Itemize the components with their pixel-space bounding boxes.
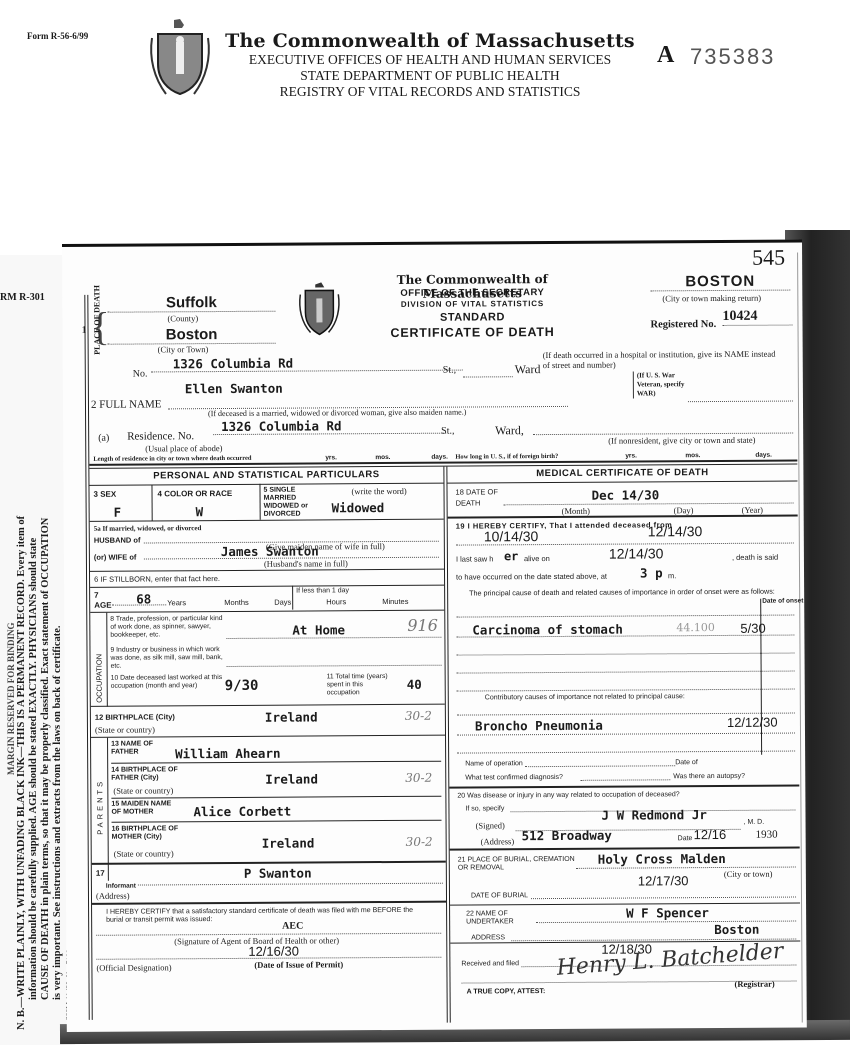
specify-label: If so, specify	[465, 805, 504, 812]
father-bp-value: Ireland	[265, 771, 318, 786]
burial-date-line	[531, 897, 796, 900]
registered-number: 10424	[722, 309, 792, 326]
burial-label: 21 PLACE OF BURIAL, CREMATION OR REMOVAL	[458, 856, 578, 873]
burial-date-value: 12/17/30	[638, 873, 689, 888]
father-value: William Ahearn	[175, 746, 280, 762]
birthplace-value: Ireland	[265, 709, 318, 724]
dated-year: 1930	[756, 829, 778, 841]
last-worked-label: 10 Date deceased last worked at this occ…	[111, 674, 229, 691]
time-m-label: m.	[668, 571, 676, 580]
burial-place-value: Holy Cross Malden	[598, 851, 726, 867]
total-time-value: 40	[407, 677, 422, 692]
mother-bp-label: 16 BIRTHPLACE OF MOTHER (City)	[112, 825, 192, 841]
day-caption: (Day)	[674, 505, 694, 515]
death-certificate: 545 1 { PLACE OF DEATH Suffolk (County) …	[62, 239, 807, 1032]
informant-line	[138, 883, 443, 886]
hours-label: Hours	[326, 597, 346, 606]
test-label: What test confirmed diagnosis?	[465, 774, 563, 782]
certificate-seal-icon	[297, 280, 341, 336]
mother-bp-value: Ireland	[262, 835, 315, 850]
trade-code: 916	[407, 616, 438, 635]
form-number: Form R-56-6/99	[27, 31, 88, 41]
age-label: 7 AGE	[94, 591, 114, 611]
header-title: The Commonwealth of Massachusetts	[210, 30, 650, 52]
principal-cause-label: The principal cause of death and related…	[469, 587, 794, 599]
principal-onset-value: 5/30	[740, 621, 765, 636]
full-name-line	[168, 394, 568, 409]
date-of-onset-header: Date of onset	[762, 597, 803, 604]
marital-label: 5 SINGLE MARRIED WIDOWED or DIVORCED	[263, 486, 327, 518]
trade-label: 8 Trade, profession, or particular kind …	[110, 615, 225, 640]
us-yrs: yrs.	[625, 452, 637, 459]
hospital-note: (If death occurred in a hospital or inst…	[543, 349, 783, 370]
cause-line-5	[457, 689, 795, 692]
standard-label: STANDARD	[347, 311, 597, 325]
agent-initials: AEC	[282, 921, 303, 932]
occupation-vertical-label: OCCUPATION	[95, 654, 104, 703]
serial-letter: A	[657, 42, 674, 69]
month-caption: (Month)	[562, 506, 590, 516]
residence-st-label: St.,	[441, 426, 454, 437]
undertaker-label: 22 NAME OF UNDERTAKER	[466, 910, 531, 926]
certificate-of-death-title: CERTIFICATE OF DEATH	[348, 325, 598, 341]
county-value: Suffolk	[107, 294, 275, 313]
mother-bp-caption: (State or country)	[114, 848, 174, 858]
less-day-label: If less than 1 day	[296, 587, 349, 594]
alive-on-label: alive on	[524, 554, 550, 563]
race-label: 4 COLOR OR RACE	[158, 489, 233, 498]
operation-label: Name of operation	[465, 760, 523, 767]
cause-line-3	[457, 653, 795, 656]
margin-form-code: RM R-301	[0, 292, 45, 303]
received-label: Received and filed	[461, 960, 519, 967]
city-value: Boston	[108, 326, 276, 345]
md-label: , M. D.	[744, 819, 765, 826]
industry-label: 9 Industry or business in which work was…	[110, 646, 228, 671]
residence-label: Residence. No.	[127, 430, 194, 442]
wife-caption: (Husband's name in full)	[264, 558, 348, 569]
minutes-label: Minutes	[382, 597, 408, 606]
registrar-signature: Henry L. Batchelder	[556, 939, 784, 981]
time-of-death: 3 p	[640, 565, 663, 580]
undertaker-address: Boston	[714, 922, 759, 937]
length-residence-label: Length of residence in city or town wher…	[93, 455, 251, 463]
place-ward-field[interactable]	[463, 366, 513, 377]
city-making-return: BOSTON	[650, 273, 790, 292]
test-field[interactable]	[580, 779, 670, 781]
contributory-onset-value: 12/12/30	[727, 715, 778, 730]
city-caption: (City or Town)	[158, 344, 209, 354]
death-said-label: , death is said	[732, 553, 778, 562]
residence-caption: (Usual place of abode)	[145, 443, 222, 453]
full-name-value: Ellen Swanton	[185, 381, 283, 397]
full-name-label: 2 FULL NAME	[91, 398, 162, 410]
medical-section-title: MEDICAL CERTIFICATE OF DEATH	[447, 467, 797, 480]
father-bp-caption: (State or country)	[113, 785, 173, 795]
cause-line-1	[456, 615, 794, 618]
industry-line[interactable]	[227, 665, 442, 667]
margin-note-2: information should be carefully supplied…	[28, 538, 39, 1000]
last-saw-suffix: er	[504, 549, 519, 563]
father-bp-label: 14 BIRTHPLACE OF FATHER (City)	[111, 766, 191, 782]
contributory-label: Contributory causes of importance not re…	[485, 693, 685, 701]
county-caption: (County)	[167, 313, 198, 323]
informant-item: 17	[96, 869, 105, 878]
autopsy-label: Was there an autopsy?	[673, 773, 745, 780]
mother-label: 15 MAIDEN NAME OF MOTHER	[111, 800, 181, 816]
permit-date-caption: (Date of Issue of Permit)	[254, 959, 343, 970]
us-mos: mos.	[685, 452, 700, 459]
stillborn-label: 6 IF STILLBORN, enter that fact here.	[94, 574, 220, 584]
principal-cause-code: 44.100	[676, 621, 715, 634]
trade-line	[226, 637, 441, 639]
dated-value: 12/16	[694, 827, 727, 842]
physician-address: 512 Broadway	[522, 828, 612, 844]
place-st-label: St.,	[443, 365, 456, 376]
last-worked-value: 9/30	[225, 678, 259, 694]
header-line-1: EXECUTIVE OFFICES OF HEALTH AND HUMAN SE…	[210, 52, 650, 67]
cause-line-4	[457, 671, 795, 674]
physician-name: J W Redmond Jr	[601, 807, 706, 823]
date-of-death-label: 18 DATE OF DEATH	[455, 486, 505, 508]
years-label: Years	[167, 598, 186, 607]
sex-label: 3 SEX	[94, 490, 117, 499]
occurred-at-label: to have occurred on the date stated abov…	[456, 572, 607, 582]
operation-date-label: Date of	[675, 759, 698, 766]
attended-from-value: 10/14/30	[484, 528, 539, 544]
residence-ward-field[interactable]	[533, 425, 793, 436]
informant-caption: (Address)	[96, 891, 130, 901]
mother-value: Alice Corbett	[193, 804, 291, 820]
place-ward-label: Ward	[515, 362, 541, 377]
mother-bp-code: 30-2	[406, 835, 433, 849]
signed-label: (Signed)	[476, 820, 505, 830]
veteran-note: (If U. S. War Veteran, specify WAR)	[633, 371, 687, 398]
months-label: Months	[224, 598, 249, 607]
race-value: W	[196, 504, 204, 519]
father-label: 13 NAME OF FATHER	[111, 740, 166, 756]
us-residence-label: How long in U. S., if of foreign birth?	[455, 453, 558, 461]
division-vital-stats: DIVISION OF VITAL STATISTICS	[347, 299, 597, 310]
parents-vertical-label: PARENTS	[95, 779, 104, 835]
husband-label: HUSBAND of	[94, 536, 141, 545]
total-time-label: 11 Total time (years) spent in this occu…	[327, 673, 395, 697]
header-line-2: STATE DEPARTMENT OF PUBLIC HEALTH	[210, 68, 650, 83]
residence-ward-label: Ward,	[495, 423, 524, 438]
last-saw-label: I last saw h	[456, 554, 494, 563]
designation-caption: (Official Designation)	[96, 962, 171, 972]
burial-caption: (City or town)	[724, 869, 773, 879]
registered-no-label: Registered No.	[650, 319, 716, 330]
date-of-death-value: Dec 14/30	[591, 487, 659, 502]
massachusetts-seal-icon	[148, 18, 212, 100]
cause-line-8	[457, 751, 795, 754]
birthplace-code: 30-2	[405, 709, 432, 723]
city-return-caption: (City or town making return)	[662, 293, 761, 304]
length-yrs: yrs.	[325, 454, 337, 461]
attended-to-value: 12/14/30	[648, 523, 703, 539]
place-street-value: 1326 Columbia Rd	[151, 355, 463, 373]
item-1-number: 1	[81, 325, 86, 336]
margin-note-4: is very important. See instructions and …	[52, 625, 63, 1000]
operation-field[interactable]	[525, 765, 675, 767]
sex-value: F	[114, 505, 122, 520]
informant-value: P Swanton	[244, 865, 312, 880]
days-label: Days	[274, 598, 291, 607]
place-of-death-label: PLACE OF DEATH	[92, 285, 101, 355]
margin-reserved-text: MARGIN RESERVED FOR BINDING	[6, 623, 16, 775]
burial-date-label: DATE OF BURIAL	[471, 892, 528, 899]
office-of-secretary: OFFICE OF THE SECRETARY	[347, 287, 597, 300]
father-bp-code: 30-2	[405, 771, 432, 785]
residence-value: 1326 Columbia Rd	[213, 418, 446, 435]
wife-label: (or) WIFE of	[94, 553, 137, 562]
birthplace-caption: (State or country)	[95, 724, 155, 734]
undertaker-name: W F Spencer	[626, 905, 709, 921]
birthplace-label: 12 BIRTHPLACE (City)	[95, 712, 175, 721]
undertaker-address-label: ADDRESS	[471, 934, 505, 941]
personal-section-title: PERSONAL AND STATISTICAL PARTICULARS	[89, 469, 443, 482]
us-days: days.	[755, 452, 772, 459]
true-copy-attest: A TRUE COPY, ATTEST:	[467, 988, 546, 995]
nonresident-note: (If nonresident, give city or town and s…	[608, 435, 755, 446]
physician-address-label: (Address)	[481, 836, 515, 846]
margin-note-3: CAUSE OF DEATH in plain terms, so that i…	[40, 518, 51, 1000]
veteran-field[interactable]	[688, 393, 793, 403]
informant-label: Informant	[106, 883, 136, 890]
full-name-caption: (If deceased is a married, widowed or di…	[208, 408, 466, 419]
occupational-label: 20 Was disease or injury in any way rela…	[457, 791, 679, 799]
marital-value: Widowed	[332, 500, 385, 515]
marital-note: (write the word)	[351, 486, 406, 496]
length-mos: mos.	[375, 454, 390, 461]
burial-permit-certify: I HEREBY CERTIFY that a satisfactory sta…	[106, 907, 426, 925]
trade-value: At Home	[292, 622, 345, 637]
header-line-3: REGISTRY OF VITAL RECORDS AND STATISTICS	[210, 84, 650, 99]
street-no-label: No.	[133, 368, 148, 379]
contributory-cause-value: Broncho Pneumonia	[475, 718, 603, 734]
dated-label: Date	[678, 835, 693, 842]
year-caption: (Year)	[742, 505, 763, 515]
page-number: 545	[752, 245, 785, 271]
permit-date-value: 12/16/30	[248, 944, 299, 959]
spouse-5a-label: 5a If married, widowed, or divorced	[94, 524, 202, 533]
age-years-line	[112, 604, 166, 605]
last-saw-date: 12/14/30	[609, 545, 664, 561]
residence-a-label: (a)	[98, 433, 109, 444]
serial-number: 735383	[690, 44, 775, 70]
length-days: days.	[431, 454, 448, 461]
margin-note-1: N. B.—WRITE PLAINLY, WITH UNFADING BLACK…	[16, 516, 27, 1030]
